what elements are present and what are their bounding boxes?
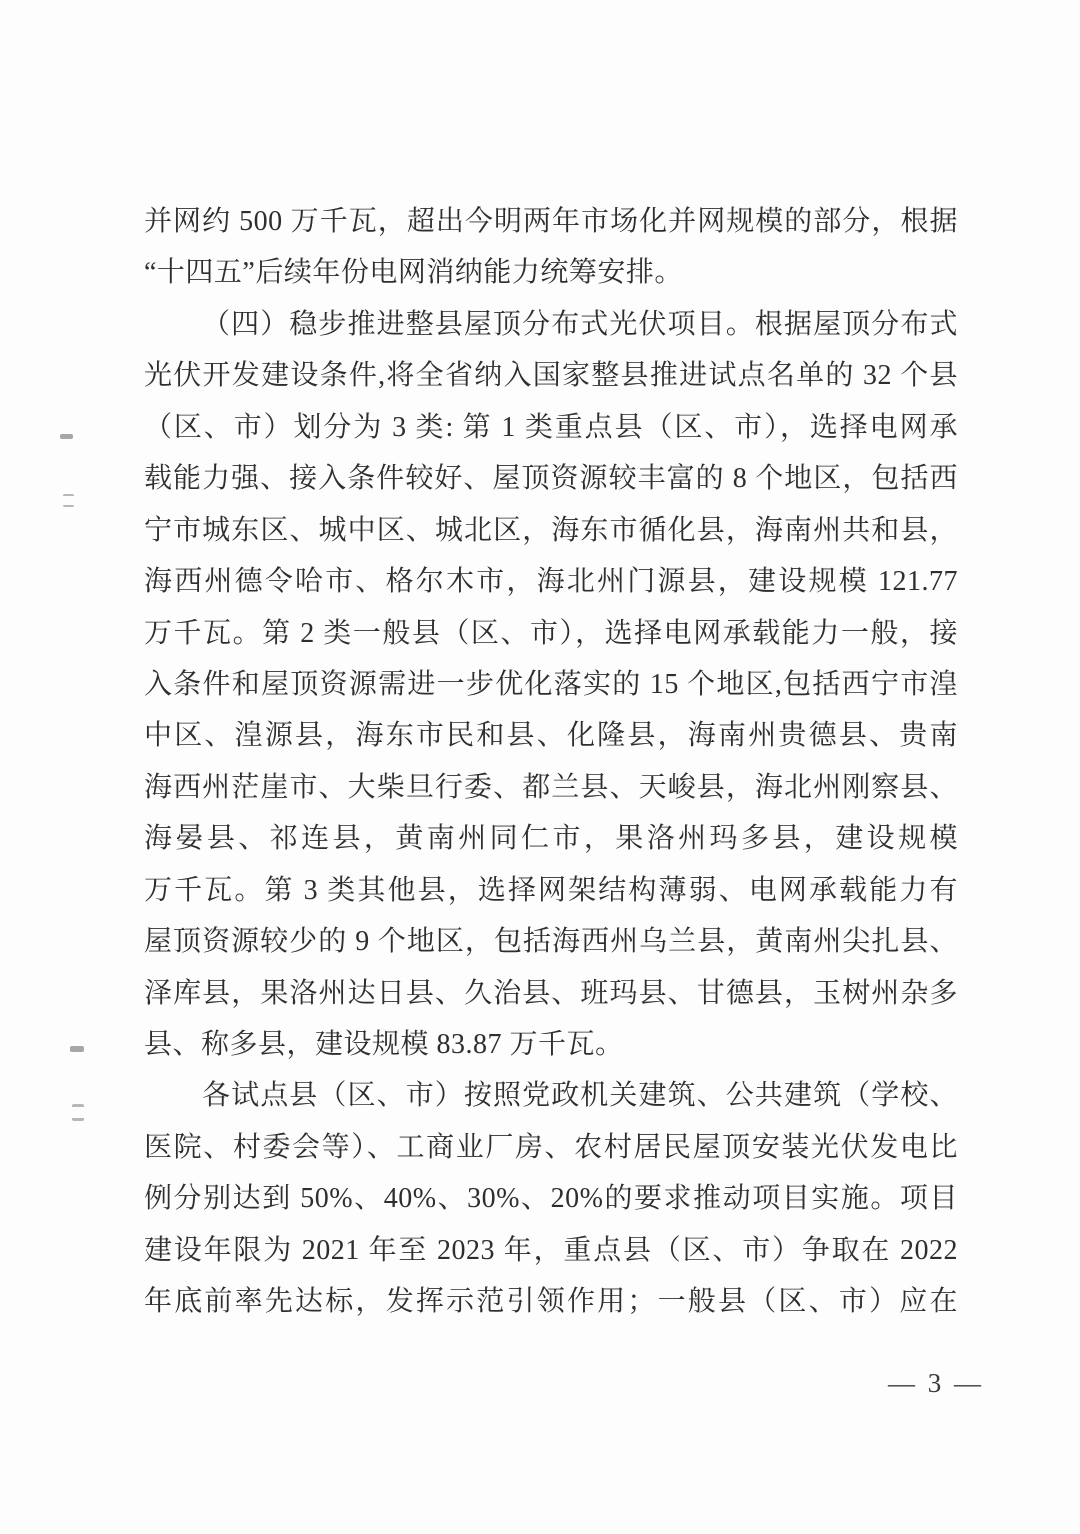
- page-number: — 3 —: [888, 1366, 984, 1400]
- text-line: 县、称多县，建设规模 83.87 万千瓦。: [144, 1019, 958, 1070]
- text-line: 并网约 500 万千瓦，超出今明两年市场化并网规模的部分，根据: [144, 196, 958, 247]
- text-line: 各试点县（区、市）按照党政机关建筑、公共建筑（学校、: [144, 1070, 958, 1121]
- scan-artifact: [60, 434, 73, 439]
- text-line: （区、市）划分为 3 类: 第 1 类重点县（区、市），选择电网承: [144, 402, 958, 453]
- text-line: 载能力强、接入条件较好、屋顶资源较丰富的 8 个地区，包括西: [144, 453, 958, 504]
- text-line: 年底前率先达标，发挥示范引领作用；一般县（区、市）应在 2023: [144, 1276, 958, 1327]
- text-line: 屋顶资源较少的 9 个地区，包括海西州乌兰县，黄南州尖扎县、: [144, 916, 958, 967]
- text-line: 万千瓦。第 2 类一般县（区、市），选择电网承载能力一般，接: [144, 608, 958, 659]
- scan-artifact: [72, 1104, 84, 1121]
- text-line: 海西州德令哈市、格尔木市，海北州门源县，建设规模 121.77: [144, 556, 958, 607]
- scan-artifact: [70, 1046, 84, 1052]
- text-line: “十四五”后续年份电网消纳能力统筹安排。: [144, 247, 958, 298]
- text-line: 例分别达到 50%、40%、30%、20%的要求推动项目实施。项目: [144, 1173, 958, 1224]
- text-line: 海西州茫崖市、大柴旦行委、都兰县、天峻县，海北州刚察县、: [144, 762, 958, 813]
- text-line: 海晏县、祁连县，黄南州同仁市，果洛州玛多县，建设规模 206.84: [144, 813, 958, 864]
- text-line: 泽库县，果洛州达日县、久治县、班玛县、甘德县，玉树州杂多: [144, 968, 958, 1019]
- text-line: 医院、村委会等）、工商业厂房、农村居民屋顶安装光伏发电比: [144, 1122, 958, 1173]
- text-line: 光伏开发建设条件,将全省纳入国家整县推进试点名单的 32 个县: [144, 350, 958, 401]
- text-line: 建设年限为 2021 年至 2023 年，重点县（区、市）争取在 2022: [144, 1225, 958, 1276]
- text-line: （四）稳步推进整县屋顶分布式光伏项目。根据屋顶分布式: [144, 299, 958, 350]
- text-line: 入条件和屋顶资源需进一步优化落实的 15 个地区,包括西宁市湟: [144, 659, 958, 710]
- scan-artifact: [63, 494, 74, 507]
- text-line: 万千瓦。第 3 类其他县，选择网架结构薄弱、电网承载能力有限、: [144, 865, 958, 916]
- text-line: 中区、湟源县，海东市民和县、化隆县，海南州贵德县、贵南县，: [144, 710, 958, 761]
- document-page: 并网约 500 万千瓦，超出今明两年市场化并网规模的部分，根据 “十四五”后续年…: [0, 0, 1080, 1534]
- document-body: 并网约 500 万千瓦，超出今明两年市场化并网规模的部分，根据 “十四五”后续年…: [144, 196, 958, 1328]
- text-line: 宁市城东区、城中区、城北区，海东市循化县，海南州共和县，: [144, 505, 958, 556]
